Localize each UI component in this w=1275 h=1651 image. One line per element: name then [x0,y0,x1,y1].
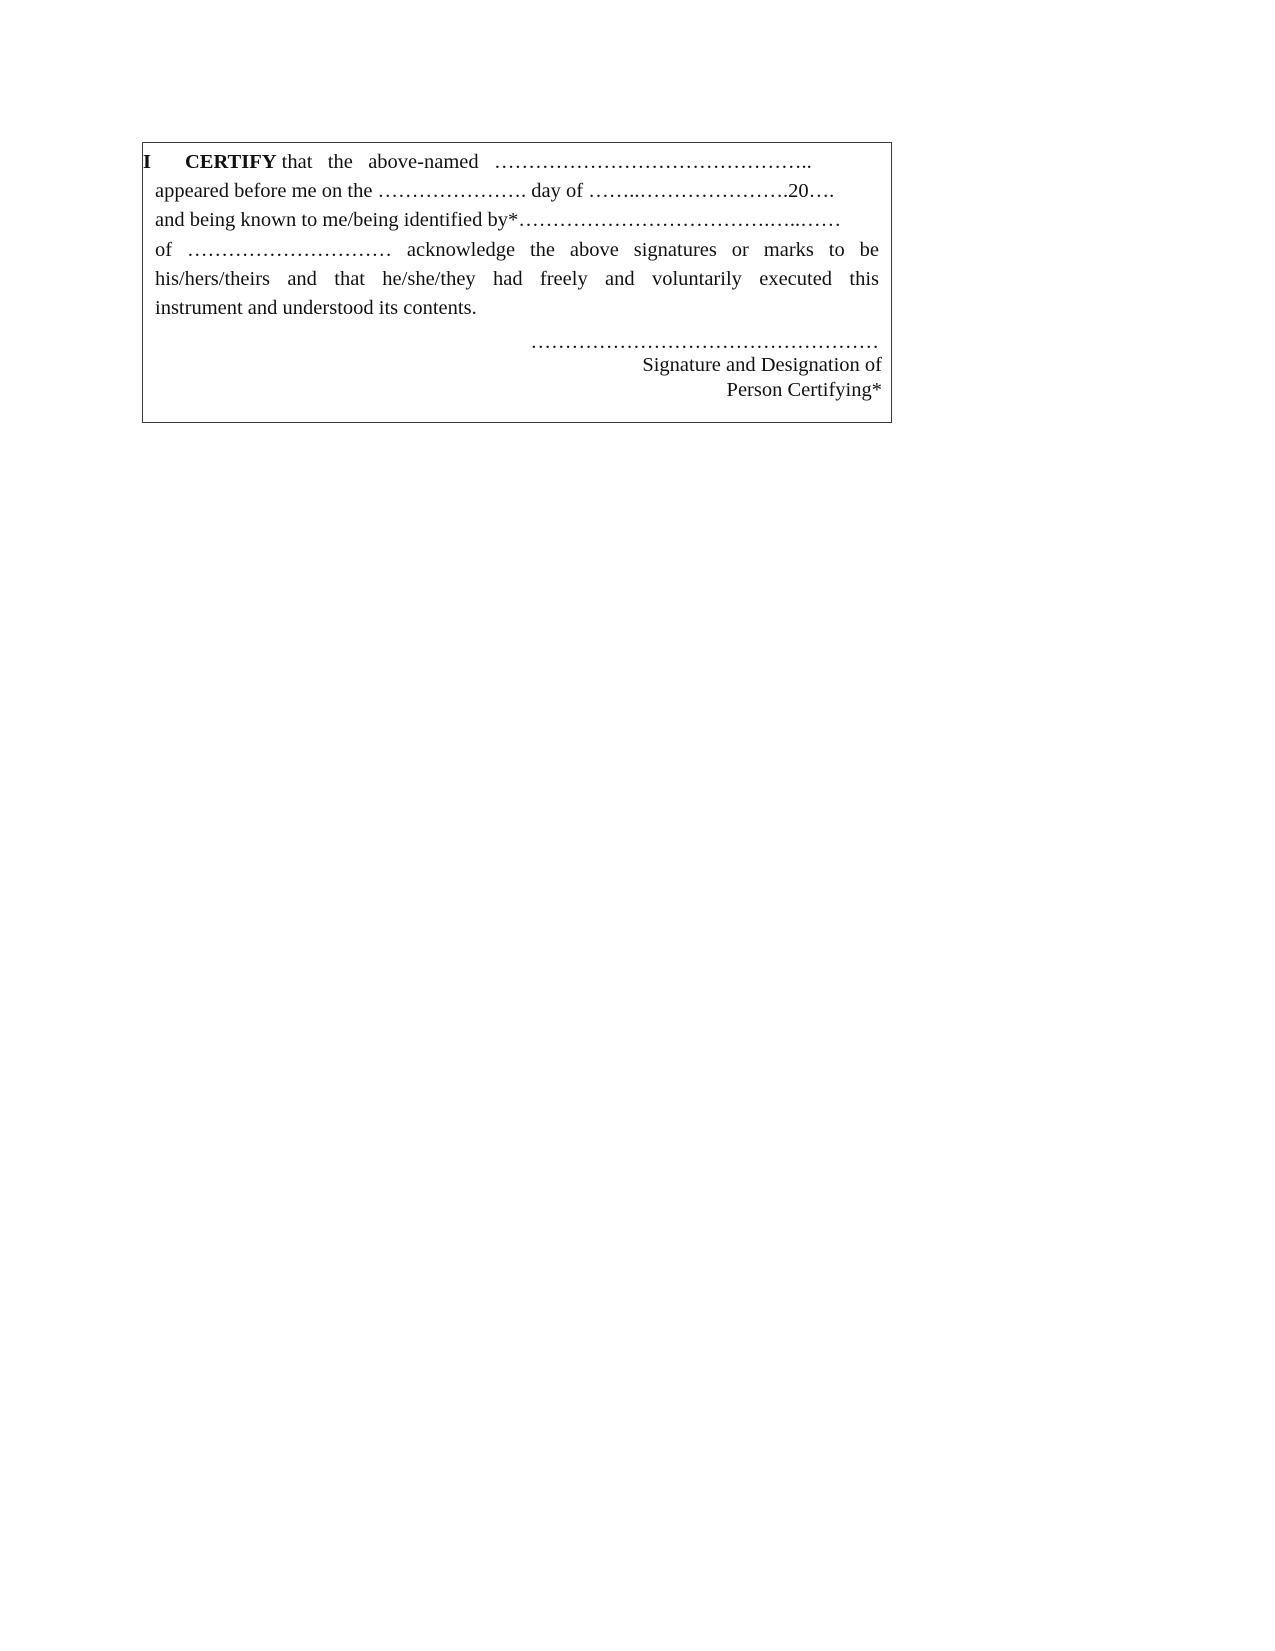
signature-caption: Signature and Designation of [155,353,882,377]
certify-line: ICERTIFY that the above-named …………………………… [143,150,879,174]
acknowledgement-line: of ………………………… acknowledge the above sign… [155,238,879,262]
certify-keyword: CERTIFY [185,151,277,173]
certify-pronoun: I [143,151,151,173]
identification-line: and being known to me/being identified b… [155,208,879,232]
certification-box: ICERTIFY that the above-named …………………………… [142,142,892,423]
appearance-date-line: appeared before me on the …………………. day o… [155,179,879,203]
execution-line: his/hers/theirs and that he/she/they had… [155,267,879,291]
certify-text: that the above-named ……………………………………….. [282,151,812,173]
signature-caption-person: Person Certifying* [155,378,882,402]
contents-line: instrument and understood its contents. [155,296,879,320]
signature-line: …………………………………………… [155,330,879,354]
